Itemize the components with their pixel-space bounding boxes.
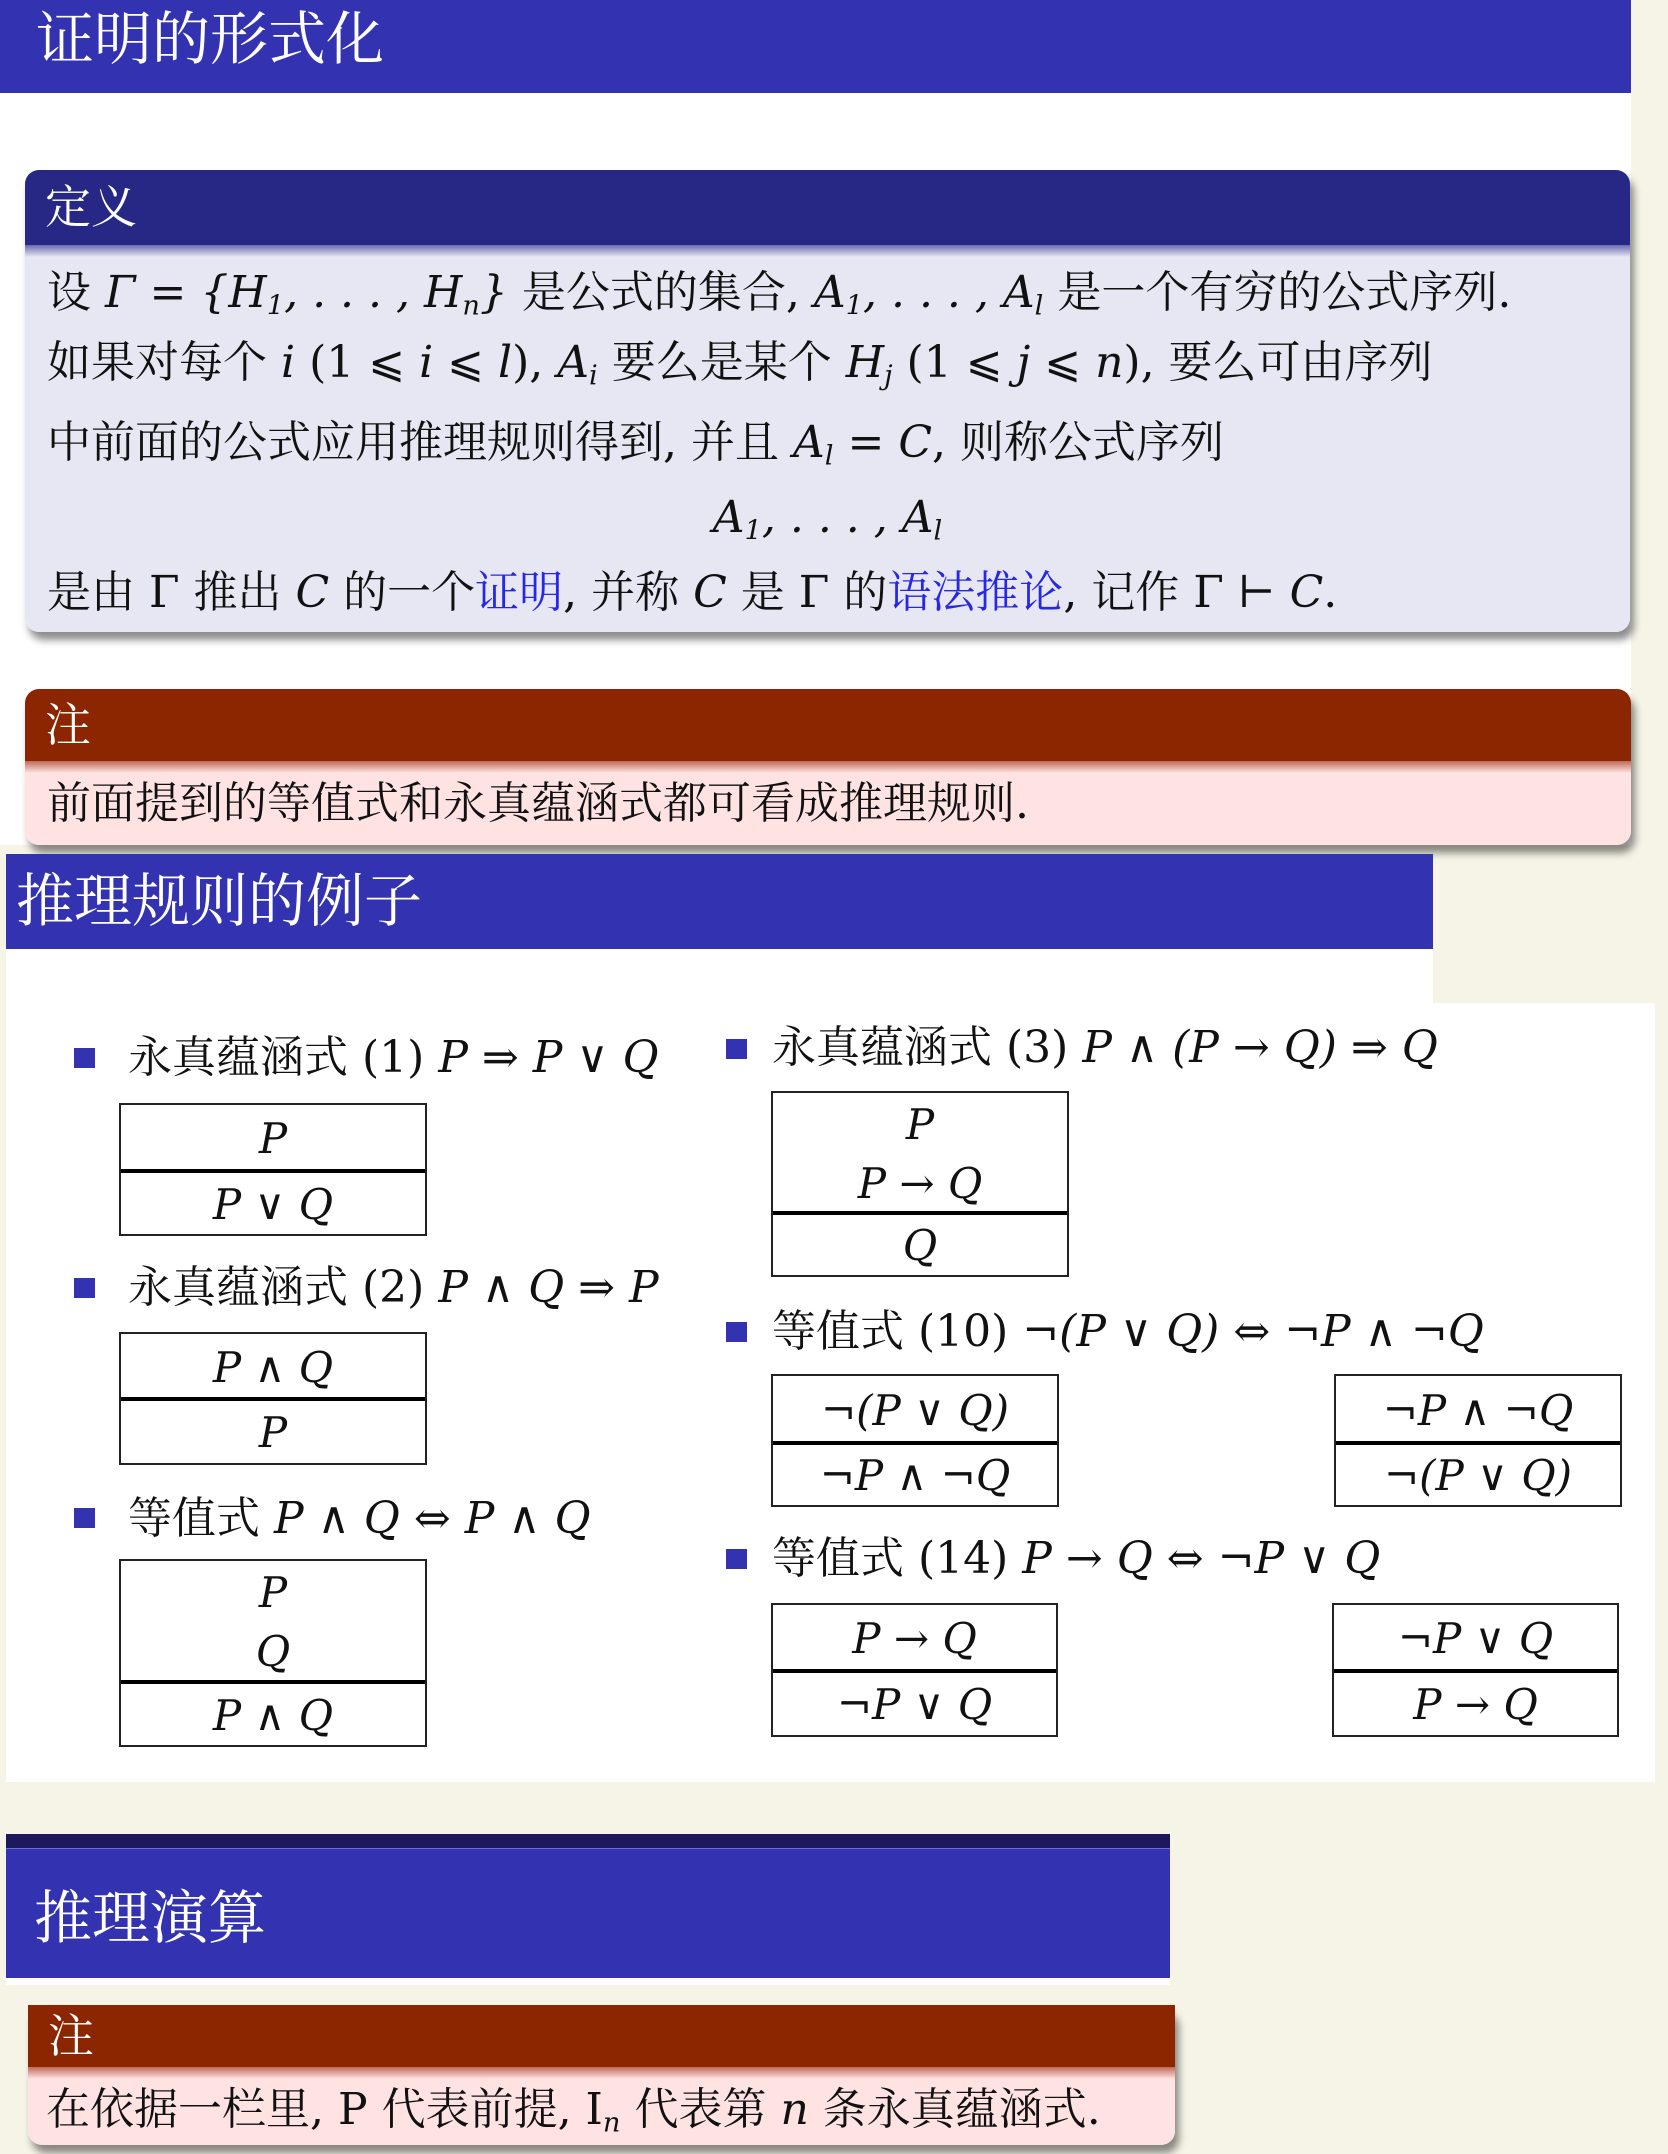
inference-divider [121, 1680, 425, 1684]
slide-2-title: 推理规则的例子 [16, 872, 422, 930]
rule-formula: P ⇒ P ∨ Q [438, 1032, 658, 1083]
math-subscript: i [589, 361, 598, 392]
rule-kind: 等值式 (10) [772, 1306, 1022, 1357]
text-run: ⩽ [1030, 337, 1095, 388]
definition-line-4-centered: A1, . . . , Al [25, 496, 1630, 545]
definition-line-5: 是由 Γ 推出 C 的一个证明, 并称 C 是 Γ 的语法推论, 记作 Γ ⊢ … [47, 571, 1337, 615]
premise: ¬(P ∨ Q) [773, 1390, 1057, 1432]
text-run: 的一个 [329, 567, 475, 618]
rule-formula: ¬(P ∨ Q) ⇔ ¬P ∧ ¬Q [1022, 1306, 1483, 1357]
definition-header: 定义 [25, 170, 1630, 245]
note-header-1: 注 [25, 689, 1631, 761]
header-fade [25, 761, 1631, 773]
inference-box: P → Q¬P ∨ Q [771, 1603, 1058, 1737]
term-link: 语法推论 [887, 567, 1063, 618]
text-run: ⩽ [433, 337, 498, 388]
premise: ¬P ∨ Q [1334, 1618, 1617, 1660]
definition-line-2: 如果对每个 i (1 ⩽ i ⩽ l), Ai 要么是某个 Hj (1 ⩽ j … [47, 341, 1433, 390]
text-run: 中前面的公式应用推理规则得到, 并且 [47, 417, 793, 468]
math-run: C [1290, 567, 1324, 618]
bullet-square-icon [74, 1278, 95, 1298]
math-run: A [793, 417, 825, 468]
slide-1-title: 证明的形式化 [36, 10, 384, 68]
math-run: , . . . , A [863, 267, 1035, 318]
text-run: 在依据一栏里, P 代表前提, I [46, 2084, 603, 2135]
conclusion: P → Q [1334, 1684, 1617, 1726]
text-run: 如果对每个 [47, 337, 281, 388]
rule-label: 等值式 (10) ¬(P ∨ Q) ⇔ ¬P ∧ ¬Q [772, 1310, 1484, 1354]
text-run: , 则称公式序列 [932, 417, 1224, 468]
inference-box: ¬(P ∨ Q)¬P ∧ ¬Q [771, 1374, 1059, 1507]
rule-label: 等值式 (14) P → Q ⇔ ¬P ∨ Q [772, 1537, 1380, 1581]
rule-formula: P → Q ⇔ ¬P ∨ Q [1022, 1533, 1380, 1584]
math-subscript: n [462, 291, 480, 322]
inference-divider [773, 1211, 1067, 1215]
rule-label: 永真蕴涵式 (1) P ⇒ P ∨ Q [128, 1036, 659, 1080]
math-subscript: 1 [846, 291, 863, 322]
math-run: H [846, 337, 884, 388]
math-run: , . . . , H [284, 267, 462, 318]
math-run: j [1017, 337, 1031, 388]
math-run: l [498, 337, 512, 388]
premise: P → Q [773, 1618, 1056, 1660]
math-run: A [557, 337, 589, 388]
conclusion: P [121, 1412, 425, 1454]
inference-divider [1336, 1441, 1620, 1445]
math-run: i [419, 337, 433, 388]
inference-box: P ∧ QP [119, 1332, 427, 1465]
text-run: 是一个有穷的公式序列. [1043, 267, 1511, 318]
note-title-2: 注 [48, 2013, 94, 2059]
premise: P ∧ Q [121, 1347, 425, 1389]
note-header-2: 注 [28, 2005, 1175, 2067]
bullet-square-icon [74, 1048, 95, 1068]
rule-label: 永真蕴涵式 (2) P ∧ Q ⇒ P [128, 1266, 659, 1310]
math-subscript: j [884, 361, 892, 392]
definition-block: 定义 设 Γ = {H1, . . . , Hn} 是公式的集合, A1, . … [25, 170, 1630, 632]
text-run: (1 ⩽ [893, 337, 1017, 388]
math-run: } [480, 267, 508, 318]
text-run: 代表第 [620, 2084, 780, 2135]
header-fade [25, 245, 1630, 257]
conclusion: P ∨ Q [121, 1184, 425, 1226]
text-run: = [833, 417, 898, 468]
rule-label: 等值式 P ∧ Q ⇔ P ∧ Q [128, 1497, 591, 1541]
inference-box: ¬P ∧ ¬Q¬(P ∨ Q) [1334, 1374, 1622, 1507]
bullet-square-icon [74, 1508, 95, 1528]
slide-3-title: 推理演算 [34, 1889, 266, 1947]
conclusion: P ∧ Q [121, 1695, 425, 1737]
rule-kind: 永真蕴涵式 (3) [772, 1022, 1082, 1073]
math-run: A [814, 267, 846, 318]
conclusion: Q [773, 1225, 1067, 1267]
slide-3-gap [6, 1978, 1170, 1985]
conclusion: ¬P ∧ ¬Q [773, 1455, 1057, 1497]
math-run: C [693, 567, 727, 618]
math-run: i [281, 337, 295, 388]
inference-box: PP ∨ Q [119, 1103, 427, 1236]
premise: P [121, 1572, 425, 1614]
note-block-1: 注 前面提到的等值式和永真蕴涵式都可看成推理规则. [25, 689, 1631, 845]
rule-kind: 永真蕴涵式 (1) [128, 1032, 438, 1083]
math-run: Γ = {H [105, 267, 267, 318]
text-run: ), 要么可由序列 [1123, 337, 1432, 388]
header-fade [28, 2067, 1175, 2079]
rule-kind: 等值式 (14) [772, 1533, 1022, 1584]
premise: P [121, 1118, 425, 1160]
math-subscript: 1 [745, 516, 762, 547]
inference-divider [121, 1397, 425, 1401]
slide-3-nav-strip [6, 1834, 1170, 1850]
bullet-square-icon [726, 1039, 747, 1059]
rule-label: 永真蕴涵式 (3) P ∧ (P → Q) ⇒ Q [772, 1026, 1438, 1070]
text-run: (1 ⩽ [295, 337, 419, 388]
inference-divider [773, 1441, 1057, 1445]
inference-box: PQP ∧ Q [119, 1559, 427, 1747]
text-run: 要么是某个 [598, 337, 846, 388]
math-run: C [898, 417, 932, 468]
text-run: 是公式的集合, [508, 267, 814, 318]
slide-2-title-bar: 推理规则的例子 [6, 854, 1433, 949]
note-text-2: 在依据一栏里, P 代表前提, In 代表第 n 条永真蕴涵式. [46, 2088, 1101, 2137]
bullet-square-icon [726, 1549, 747, 1569]
rule-kind: 永真蕴涵式 (2) [128, 1262, 438, 1313]
text-run: 是由 Γ 推出 [47, 567, 296, 618]
text-run: 是 Γ 的 [727, 567, 888, 618]
math-run: C [296, 567, 330, 618]
slide-3-title-bar: 推理演算 [6, 1849, 1170, 1978]
math-subscript: n [603, 2108, 621, 2139]
conclusion: ¬P ∨ Q [773, 1684, 1056, 1726]
slide-1-title-bar: 证明的形式化 [0, 0, 1631, 93]
inference-box: ¬P ∨ QP → Q [1332, 1603, 1619, 1737]
term-link: 证明 [475, 567, 563, 618]
math-run: n [1095, 337, 1123, 388]
definition-line-1: 设 Γ = {H1, . . . , Hn} 是公式的集合, A1, . . .… [47, 271, 1511, 320]
inference-divider [121, 1169, 425, 1173]
text-run: , 并称 [563, 567, 693, 618]
math-run: n [780, 2084, 808, 2135]
math-subscript: 1 [267, 291, 284, 322]
rule-formula: P ∧ Q ⇒ P [438, 1262, 658, 1313]
text-run: 设 [47, 267, 105, 318]
text-run: 条永真蕴涵式. [809, 2084, 1101, 2135]
inference-divider [773, 1669, 1056, 1673]
definition-title: 定义 [45, 184, 137, 230]
premise: P [773, 1104, 1067, 1146]
text-run: ), [512, 337, 557, 388]
inference-divider [1334, 1669, 1617, 1673]
definition-line-3: 中前面的公式应用推理规则得到, 并且 Al = C, 则称公式序列 [47, 421, 1224, 470]
math-run: , . . . , A [762, 492, 934, 543]
note-text-1: 前面提到的等值式和永真蕴涵式都可看成推理规则. [47, 782, 1029, 826]
math-run: A [713, 492, 745, 543]
rule-formula: P ∧ Q ⇔ P ∧ Q [274, 1493, 591, 1544]
inference-box: PP → QQ [771, 1091, 1069, 1277]
premise: ¬P ∧ ¬Q [1336, 1390, 1620, 1432]
bullet-square-icon [726, 1322, 747, 1342]
rule-formula: P ∧ (P → Q) ⇒ Q [1082, 1022, 1438, 1073]
text-run: , 记作 Γ ⊢ [1063, 567, 1289, 618]
note-block-2: 注 在依据一栏里, P 代表前提, In 代表第 n 条永真蕴涵式. [28, 2005, 1175, 2145]
note-title-1: 注 [45, 702, 91, 748]
rule-kind: 等值式 [128, 1493, 274, 1544]
premise: P → Q [773, 1163, 1067, 1205]
text-run: . [1323, 567, 1337, 618]
premise: Q [121, 1631, 425, 1673]
conclusion: ¬(P ∨ Q) [1336, 1455, 1620, 1497]
math-subscript: l [934, 516, 943, 547]
